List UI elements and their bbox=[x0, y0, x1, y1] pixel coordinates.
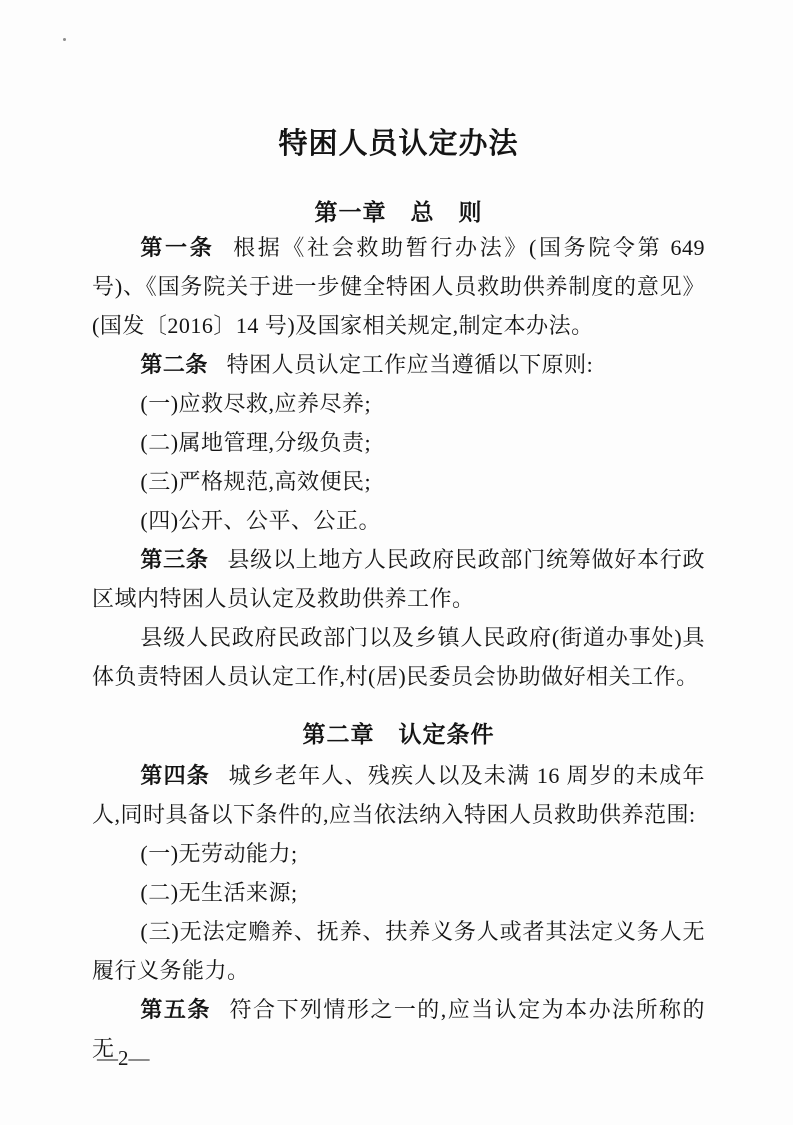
article-2-item-4: (四)公开、公平、公正。 bbox=[92, 501, 705, 540]
article-3-paragraph-2: 县级人民政府民政部门以及乡镇人民政府(街道办事处)具体负责特困人员认定工作,村(… bbox=[92, 618, 705, 696]
article-2-label: 第二条 bbox=[140, 352, 208, 377]
article-2-item-2: (二)属地管理,分级负责; bbox=[92, 423, 705, 462]
document-title: 特困人员认定办法 bbox=[92, 0, 705, 164]
article-5-paragraph: 第五条符合下列情形之一的,应当认定为本办法所称的无 bbox=[92, 990, 705, 1068]
article-4-item-1: (一)无劳动能力; bbox=[92, 834, 705, 873]
article-3-label: 第三条 bbox=[140, 547, 208, 572]
article-2-item-1: (一)应救尽救,应养尽养; bbox=[92, 384, 705, 423]
page-number: —2— bbox=[97, 1045, 150, 1071]
article-2-text: 特困人员认定工作应当遵循以下原则: bbox=[227, 352, 594, 377]
article-3-paragraph: 第三条县级以上地方人民政府民政部门统筹做好本行政区域内特困人员认定及救助供养工作… bbox=[92, 540, 705, 618]
article-1-label: 第一条 bbox=[140, 235, 214, 260]
article-4-item-3: (三)无法定赡养、抚养、扶养义务人或者其法定义务人无履行义务能力。 bbox=[92, 912, 705, 990]
chapter-1-heading: 第一章 总 则 bbox=[92, 198, 705, 228]
article-2-paragraph: 第二条特困人员认定工作应当遵循以下原则: bbox=[92, 345, 705, 384]
document-page: 特困人员认定办法 第一章 总 则 第一条根据《社会救助暂行办法》(国务院令第 6… bbox=[0, 0, 793, 1125]
article-5-label: 第五条 bbox=[140, 997, 210, 1022]
chapter-2-heading: 第二章 认定条件 bbox=[92, 720, 705, 750]
article-1-paragraph: 第一条根据《社会救助暂行办法》(国务院令第 649 号)、《国务院关于进一步健全… bbox=[92, 228, 705, 345]
scan-speck bbox=[63, 38, 66, 41]
article-4-item-2: (二)无生活来源; bbox=[92, 873, 705, 912]
article-4-paragraph: 第四条城乡老年人、残疾人以及未满 16 周岁的未成年人,同时具备以下条件的,应当… bbox=[92, 756, 705, 834]
article-2-item-3: (三)严格规范,高效便民; bbox=[92, 462, 705, 501]
document-content: 特困人员认定办法 第一章 总 则 第一条根据《社会救助暂行办法》(国务院令第 6… bbox=[92, 0, 705, 1068]
article-4-label: 第四条 bbox=[140, 763, 210, 788]
